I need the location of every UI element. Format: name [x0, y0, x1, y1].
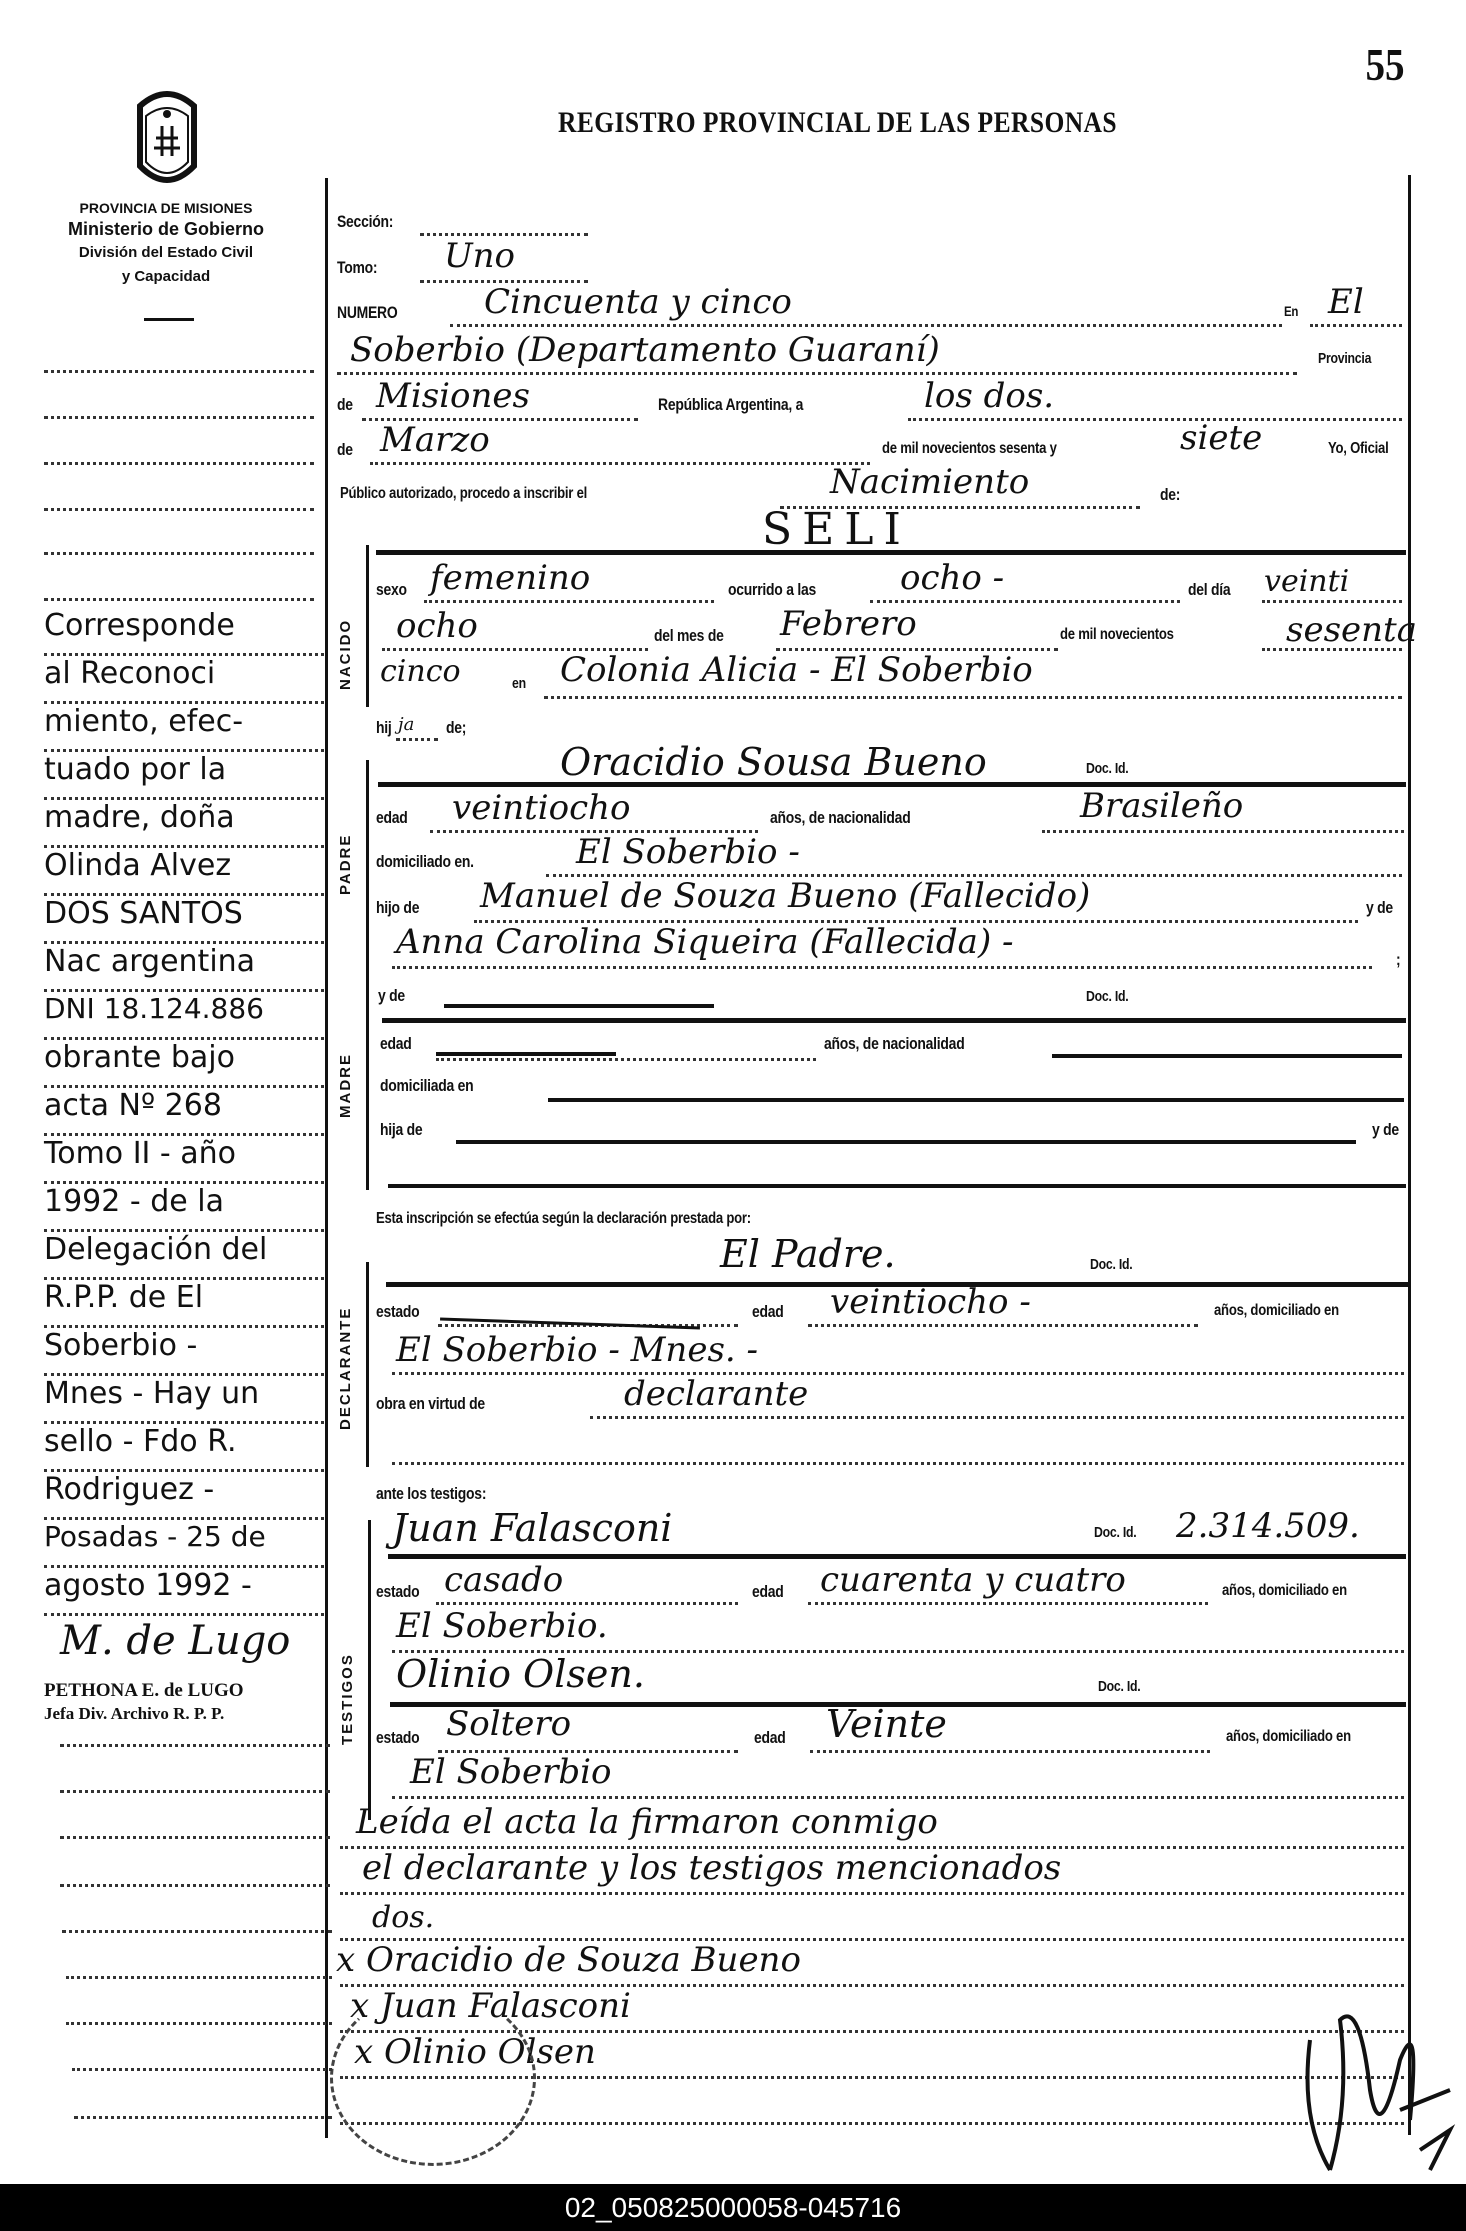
margin-note-line: acta Nº 268: [44, 1088, 324, 1136]
label-madre-y-de-2: y de: [1372, 1120, 1399, 1140]
label-ocurrido: ocurrido a las: [728, 580, 816, 600]
label-madre-edad: edad: [380, 1034, 412, 1054]
label-testigo2-edad: edad: [754, 1728, 786, 1748]
margin-line: [60, 1836, 330, 1839]
testigos-bracket: [368, 1520, 371, 1820]
field-sexo[interactable]: [424, 600, 714, 603]
field-obra-virtud[interactable]: [590, 1416, 1404, 1419]
padre-bracket: [366, 760, 369, 1010]
margin-line: [74, 2116, 332, 2119]
side-label-declarante: DECLARANTE: [337, 1307, 354, 1430]
official-signature-icon: [1290, 1980, 1460, 2180]
value-hijo-suffix: ja: [398, 714, 414, 735]
label-de-mes: de: [337, 440, 353, 460]
label-republica: República Argentina, a: [658, 395, 803, 415]
label-testigo2-doc: Doc. Id.: [1098, 1678, 1140, 1695]
field-padre-nacionalidad[interactable]: [1042, 830, 1404, 833]
margin-note-line: 1992 - de la: [44, 1184, 324, 1232]
field-testigo2-edad[interactable]: [810, 1750, 1210, 1753]
margin-note-line: madre, doña: [44, 800, 324, 848]
label-declaracion: Esta inscripción se efectúa según la dec…: [376, 1210, 751, 1228]
margin-note-line: sello - Fdo R.: [44, 1424, 324, 1472]
value-padre-nombre: Oracidio Sousa Bueno: [560, 740, 987, 784]
testigo1-name-line: [388, 1554, 1406, 1559]
margin-line: [44, 416, 314, 419]
label-declarante-doc: Doc. Id.: [1090, 1256, 1132, 1273]
field-declarante-extra[interactable]: [392, 1462, 1404, 1465]
margin-note-line: Delegación del: [44, 1232, 324, 1280]
label-testigo1-estado: estado: [376, 1582, 419, 1602]
value-mes-nac: Febrero: [780, 604, 917, 644]
label-padre-edad: edad: [376, 808, 408, 828]
label-padre-domicilio: domiciliado en.: [376, 852, 474, 872]
label-hijo: hij: [376, 718, 392, 738]
field-testigo2-domicilio[interactable]: [392, 1796, 1404, 1799]
value-tomo: Uno: [444, 236, 515, 276]
label-testigo1-doc: Doc. Id.: [1094, 1524, 1136, 1541]
header-province: PROVINCIA DE MISIONES: [16, 200, 316, 216]
margin-note-line: miento, efec-: [44, 704, 324, 752]
field-numero[interactable]: [450, 324, 1282, 327]
label-padre-hijo-de: hijo de: [376, 898, 419, 918]
margin-line: [60, 1884, 330, 1887]
madre-domicilio-strike[interactable]: [548, 1098, 1404, 1102]
value-declarante-domicilio: El Soberbio - Mnes. -: [396, 1330, 758, 1370]
header-capacity: y Capacidad: [16, 268, 316, 285]
margin-signature: M. de Lugo: [60, 1618, 290, 1664]
label-madre-doc: Doc. Id.: [1086, 988, 1128, 1005]
margin-line: [62, 1930, 332, 1933]
label-en: En: [1284, 303, 1298, 319]
margin-note-line: Soberbio -: [44, 1328, 324, 1376]
madre-padres-strike[interactable]: [456, 1140, 1356, 1144]
value-testigo2-edad: Veinte: [826, 1702, 947, 1746]
label-testigo2-estado: estado: [376, 1728, 419, 1748]
coat-of-arms-icon: [132, 86, 202, 192]
field-madre-edad[interactable]: [436, 1058, 816, 1061]
margin-note-line: Corresponde: [44, 608, 324, 656]
margin-line: [44, 598, 314, 601]
padre-name-line: [378, 782, 1406, 787]
label-en-lugar: en: [512, 675, 526, 692]
field-testigo1-edad[interactable]: [808, 1602, 1208, 1605]
value-anio-nac-1: sesenta: [1286, 610, 1417, 650]
field-padre-madre[interactable]: [392, 966, 1372, 969]
value-cierre-2: el declarante y los testigos mencionados: [362, 1848, 1061, 1888]
label-mil-sesenta: de mil novecientos sesenta y: [882, 440, 1057, 458]
label-tomo: Tomo:: [337, 258, 377, 278]
margin-line: [44, 462, 314, 465]
label-testigo1-domicilio: años, domiciliado en: [1222, 1582, 1347, 1600]
label-del-dia: del día: [1188, 580, 1230, 600]
label-publico: Público autorizado, procedo a inscribir …: [340, 485, 587, 503]
value-testigo1-estado: casado: [444, 1560, 563, 1600]
value-anio-acta: siete: [1180, 418, 1262, 458]
side-label-madre: MADRE: [337, 1053, 354, 1118]
madre-bracket: [366, 1010, 369, 1190]
value-testigo1-doc: 2.314.509.: [1176, 1506, 1360, 1546]
label-padre-nacionalidad: años, de nacionalidad: [770, 808, 910, 828]
value-padre-domicilio: El Soberbio -: [576, 832, 800, 872]
field-declarante-edad[interactable]: [808, 1324, 1198, 1327]
header-division: División del Estado Civil: [16, 244, 316, 261]
value-padre-padre: Manuel de Souza Bueno (Fallecido): [480, 876, 1090, 916]
label-numero: NUMERO: [337, 303, 397, 323]
label-padre-doc: Doc. Id.: [1086, 760, 1128, 777]
margin-note-line: al Reconoci: [44, 656, 324, 704]
madre-name-strike: [444, 1004, 714, 1008]
label-provincia: Provincia: [1318, 350, 1371, 367]
official-stamp-icon: [330, 1990, 536, 2166]
label-testigo2-domicilio: años, domiciliado en: [1226, 1728, 1351, 1746]
value-dia-nac-1: veinti: [1264, 564, 1349, 599]
label-del-mes: del mes de: [654, 626, 724, 646]
margin-note-line: agosto 1992 -: [44, 1568, 324, 1616]
value-lugar: Soberbio (Departamento Guaraní): [350, 330, 940, 370]
field-testigo1-estado[interactable]: [436, 1602, 738, 1605]
field-dia-nac[interactable]: [1262, 600, 1402, 603]
page-number: 55: [1365, 38, 1404, 91]
value-numero: Cincuenta y cinco: [484, 282, 792, 322]
document-title: REGISTRO PROVINCIAL DE LAS PERSONAS: [558, 106, 1117, 140]
margin-stamp-title: Jefa Div. Archivo R. P. P.: [44, 1704, 224, 1724]
value-cierre-1: Leída el acta la firmaron conmigo: [356, 1802, 938, 1842]
field-lugar[interactable]: [337, 372, 1297, 375]
label-madre-nacionalidad: años, de nacionalidad: [824, 1034, 964, 1054]
label-de-semicolon: de;: [446, 718, 466, 738]
document-id-footer: 02_050825000058-045716: [0, 2184, 1466, 2231]
label-padre-y-de: y de: [1366, 898, 1393, 918]
margin-line: [44, 552, 314, 555]
label-de-prov: de: [337, 395, 353, 415]
value-apellido: SELI: [762, 504, 911, 555]
value-dia-nac-2: ocho: [396, 606, 478, 646]
label-de-colon: de:: [1160, 485, 1180, 505]
madre-name-line: [382, 1018, 1406, 1023]
header-divider: [144, 318, 194, 321]
value-declarante: El Padre.: [720, 1232, 896, 1276]
side-label-nacido: NACIDO: [337, 619, 354, 690]
label-mil-novecientos: de mil novecientos: [1060, 626, 1174, 644]
value-testigo2-nombre: Olinio Olsen.: [396, 1652, 645, 1696]
margin-line: [66, 2022, 332, 2025]
margin-note-line: Posadas - 25 de: [44, 1520, 324, 1568]
margin-note-line: Olinda Alvez: [44, 848, 324, 896]
margin-note-line: Tomo II - año: [44, 1136, 324, 1184]
nacido-bracket: [366, 545, 369, 707]
right-frame-line: [1408, 175, 1411, 2135]
label-declarante-estado: estado: [376, 1302, 419, 1322]
madre-edad-strike: [436, 1052, 616, 1056]
field-hijo[interactable]: [396, 738, 438, 741]
margin-line: [44, 508, 314, 511]
value-hora: ocho -: [900, 558, 1004, 598]
closing-line-2: [340, 1892, 1404, 1895]
field-lugar-nac[interactable]: [544, 696, 1402, 699]
margin-note-line: DOS SANTOS: [44, 896, 324, 944]
margin-note-line: obrante bajo: [44, 1040, 324, 1088]
field-en[interactable]: [1310, 324, 1402, 327]
margin-line: [60, 1790, 330, 1793]
label-sexo: sexo: [376, 580, 407, 600]
value-anio-nac-2: cinco: [380, 654, 461, 689]
value-testigo2-estado: Soltero: [446, 1704, 571, 1744]
margin-line: [66, 1976, 332, 1979]
margin-line: [44, 370, 314, 373]
value-lugar-nac: Colonia Alicia - El Soberbio: [560, 650, 1033, 690]
label-ante-testigos: ante los testigos:: [376, 1484, 486, 1504]
field-declarante-domicilio[interactable]: [392, 1372, 1404, 1375]
label-declarante-edad: edad: [752, 1302, 784, 1322]
label-madre-domicilio: domiciliada en: [380, 1076, 473, 1096]
value-padre-nacionalidad: Brasileño: [1080, 786, 1243, 826]
field-hora[interactable]: [870, 600, 1180, 603]
field-mes-acta[interactable]: [370, 462, 870, 465]
value-sexo: femenino: [430, 558, 590, 598]
apellido-line: [376, 550, 1406, 555]
header-ministry: Ministerio de Gobierno: [16, 219, 316, 240]
label-declarante-domicilio: años, domiciliado en: [1214, 1302, 1339, 1320]
value-testigo2-domicilio: El Soberbio: [410, 1752, 612, 1792]
label-madre-hija-de: hija de: [380, 1120, 422, 1140]
margin-line: [60, 1744, 330, 1747]
value-testigo1-edad: cuarenta y cuatro: [820, 1560, 1126, 1600]
declarante-bracket: [366, 1262, 369, 1467]
margin-note-line: Rodriguez -: [44, 1472, 324, 1520]
value-dia-acta: los dos.: [924, 376, 1054, 416]
margin-note-line: Mnes - Hay un: [44, 1376, 324, 1424]
left-frame-line: [325, 178, 328, 2138]
value-testigo1-nombre: Juan Falasconi: [392, 1506, 672, 1550]
value-provincia: Misiones: [376, 376, 530, 416]
value-obra-virtud: declarante: [624, 1374, 808, 1414]
label-testigo1-edad: edad: [752, 1582, 784, 1602]
value-padre-edad: veintiocho: [452, 788, 631, 828]
value-acto: Nacimiento: [830, 462, 1029, 502]
label-seccion: Sección:: [337, 212, 393, 232]
margin-note: Corresponde al Reconoci miento, efec- tu…: [44, 608, 324, 1616]
value-en: El: [1328, 282, 1364, 322]
value-padre-madre: Anna Carolina Siqueira (Fallecida) -: [396, 922, 1014, 962]
field-dia-acta[interactable]: [908, 418, 1402, 421]
margin-note-line: tuado por la: [44, 752, 324, 800]
madre-nacionalidad-strike: [1052, 1054, 1402, 1058]
label-semicolon: ;: [1396, 950, 1400, 970]
margin-note-line: Nac argentina: [44, 944, 324, 992]
label-obra-virtud: obra en virtud de: [376, 1394, 485, 1414]
margin-note-line: R.P.P. de El: [44, 1280, 324, 1328]
margin-line: [72, 2068, 332, 2071]
side-label-padre: PADRE: [337, 834, 354, 895]
value-cierre-3: dos.: [372, 1900, 434, 1935]
value-testigo1-domicilio: El Soberbio.: [396, 1606, 608, 1646]
value-declarante-edad: veintiocho -: [830, 1282, 1031, 1322]
value-mes-acta: Marzo: [380, 420, 490, 460]
margin-stamp-name: PETHONA E. de LUGO: [44, 1680, 244, 1702]
label-yo-oficial: Yo, Oficial: [1328, 440, 1388, 458]
value-firma-1: x Oracidio de Souza Bueno: [336, 1940, 801, 1980]
label-madre-y-de: y de: [378, 986, 405, 1006]
madre-padres-strike-2[interactable]: [388, 1184, 1406, 1188]
margin-note-line: DNI 18.124.886: [44, 992, 324, 1040]
side-label-testigos: TESTIGOS: [339, 1653, 356, 1745]
